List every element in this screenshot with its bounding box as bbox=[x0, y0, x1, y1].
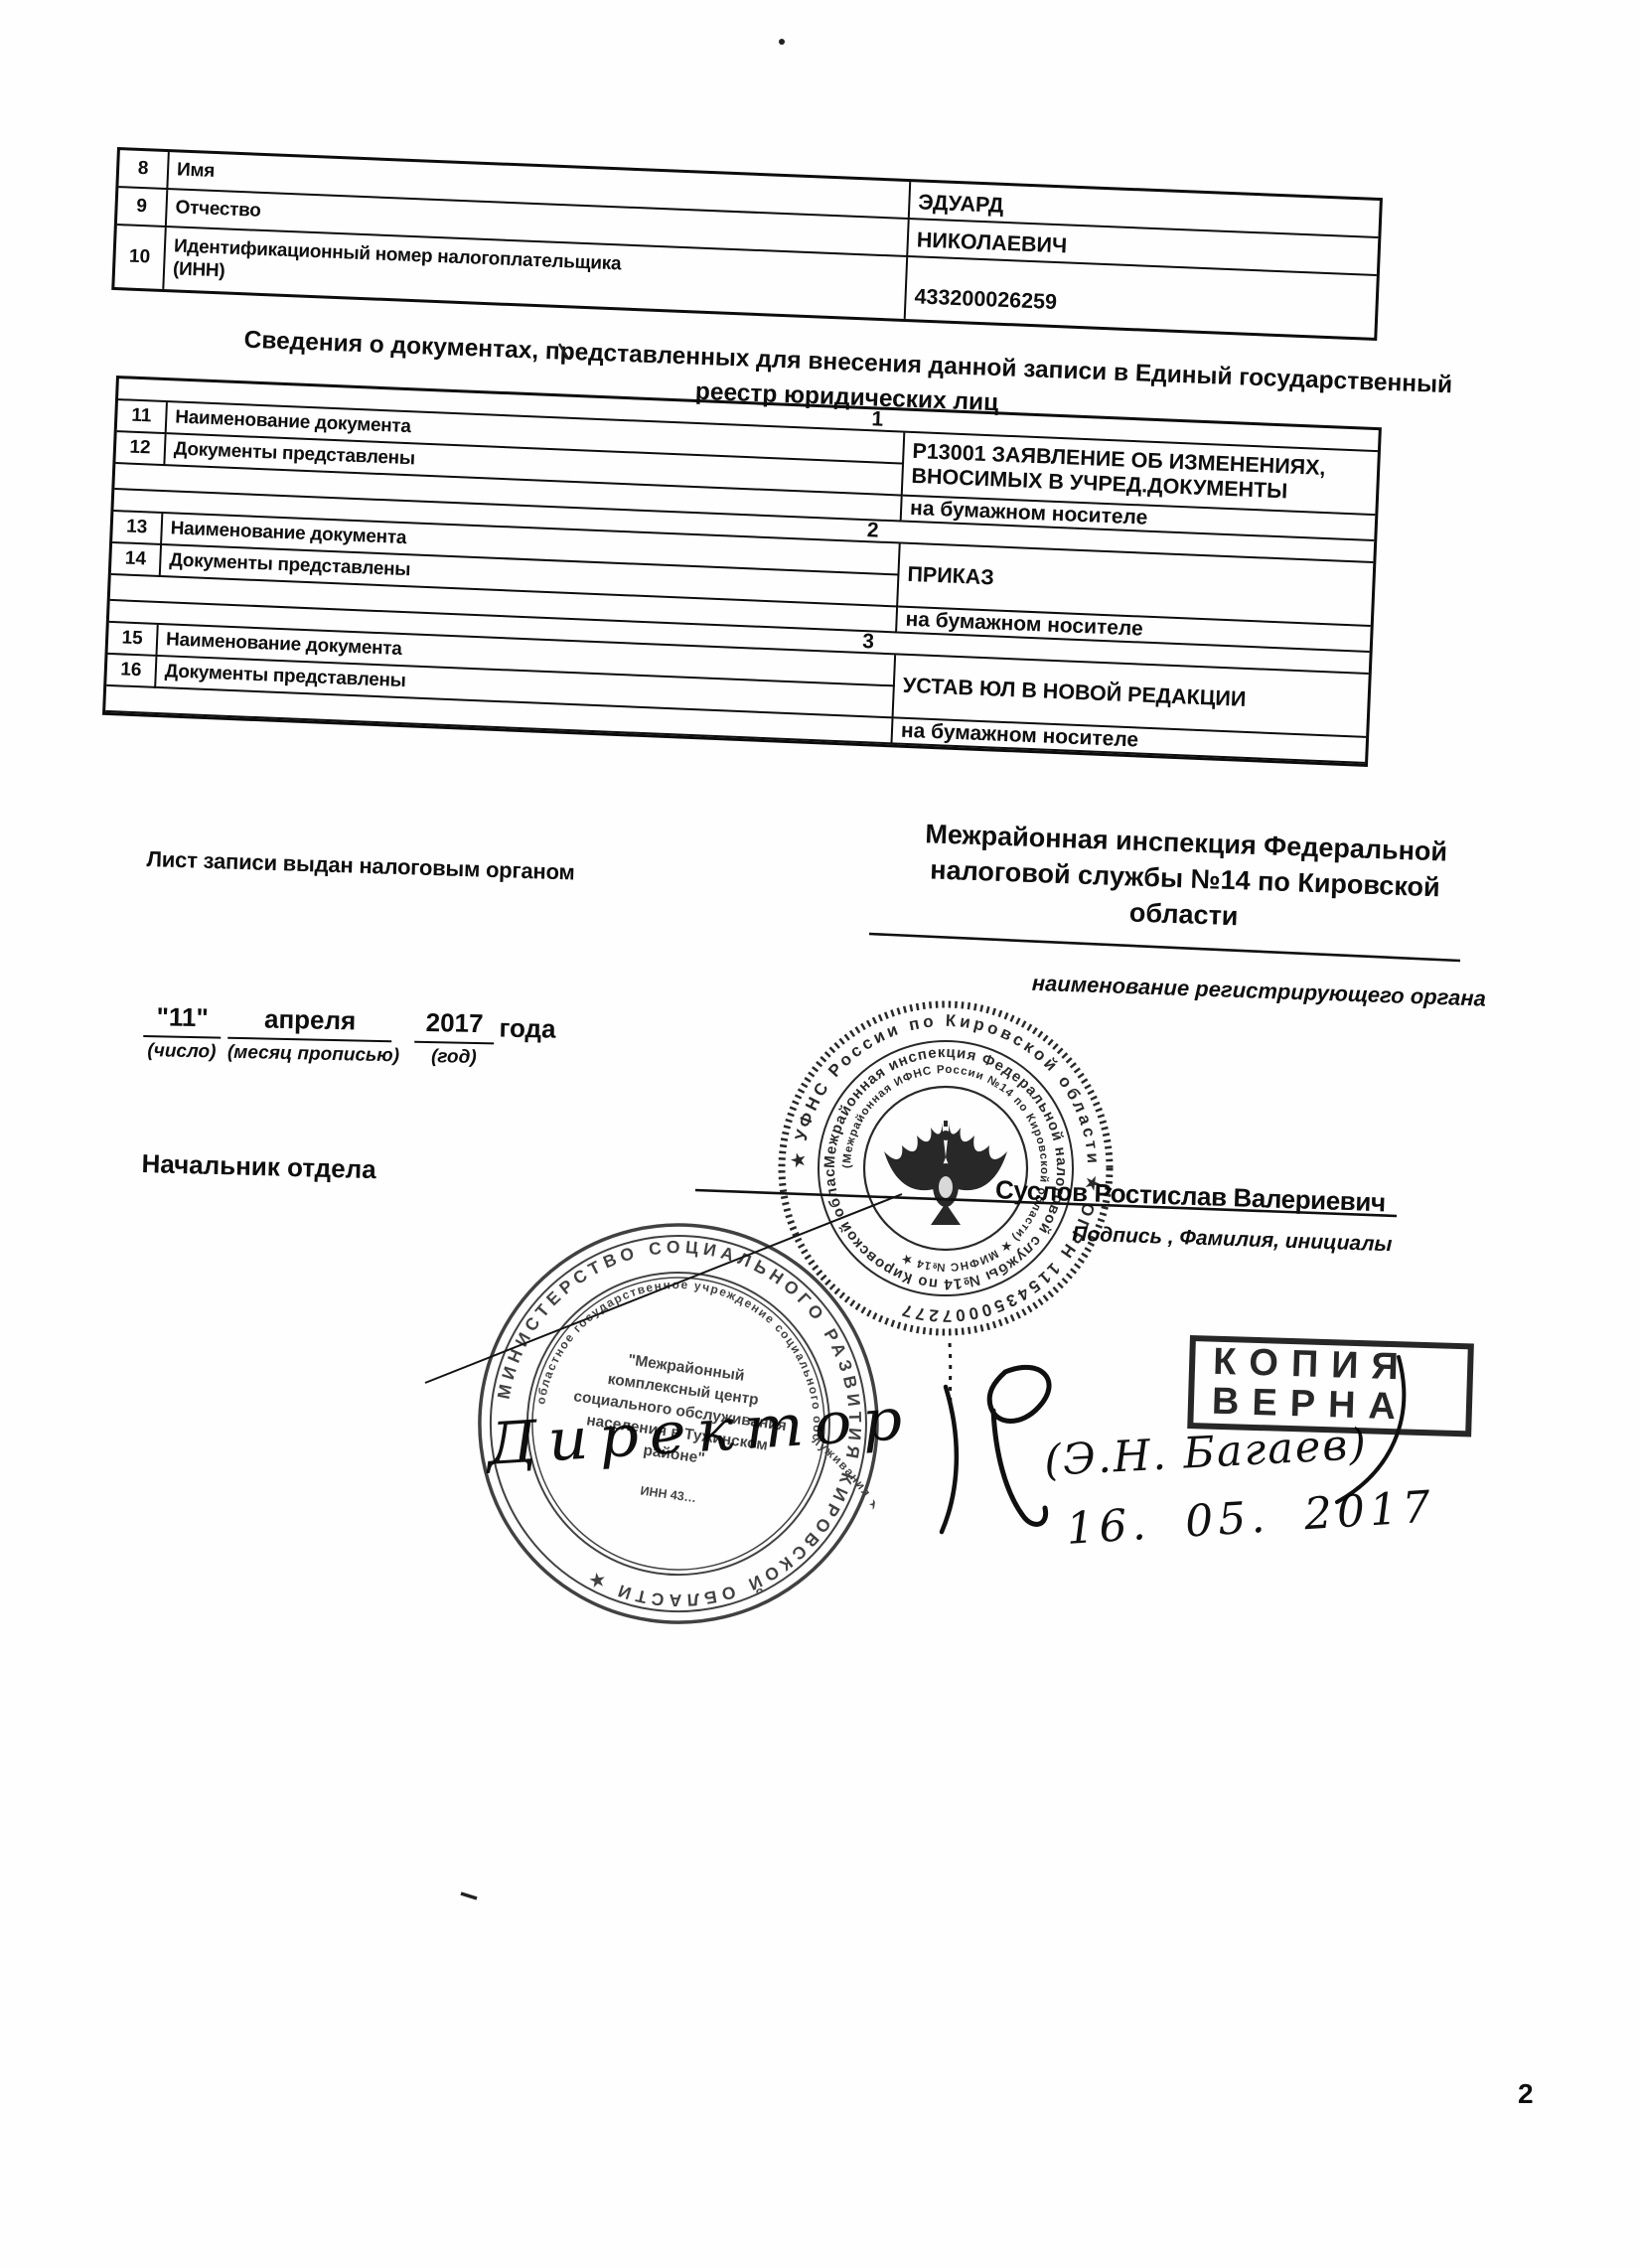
row-number: 16 bbox=[106, 655, 157, 688]
registering-authority-name: Межрайонная инспекция Федеральной налого… bbox=[915, 817, 1454, 942]
person-table: 8 Имя ЭДУАРД 9 Отчество НИКОЛАЕВИЧ 10 Ид… bbox=[111, 147, 1383, 341]
scan-speck bbox=[779, 39, 785, 45]
handwritten-name-initials: (Э.Н. Багаев) bbox=[1043, 1420, 1369, 1486]
page-number: 2 bbox=[1518, 2078, 1534, 2110]
date-month-field: апреля (месяц прописью) bbox=[227, 1003, 392, 1067]
date-year: 2017 bbox=[414, 1007, 495, 1045]
row-number: 14 bbox=[111, 543, 162, 577]
double-headed-eagle-icon bbox=[884, 1121, 1007, 1225]
issue-date-row: "11" (число) апреля (месяц прописью) 201… bbox=[142, 1001, 661, 1102]
scanned-document-page: 8 Имя ЭДУАРД 9 Отчество НИКОЛАЕВИЧ 10 Ид… bbox=[0, 0, 1640, 2268]
row-number: 8 bbox=[118, 150, 169, 188]
org-seal-inn-text: ИНН 43… bbox=[640, 1483, 697, 1505]
scan-dash-mark bbox=[461, 1893, 477, 1898]
date-day-field: "11" (число) bbox=[143, 1001, 222, 1064]
row-number: 13 bbox=[112, 512, 163, 545]
row-number: 15 bbox=[107, 623, 158, 657]
pen-dashed-stroke bbox=[950, 1343, 952, 1417]
official-title: Начальник отдела bbox=[141, 1148, 376, 1185]
handwritten-date: 16. 05. 2017 bbox=[1065, 1481, 1436, 1555]
issued-by-text: Лист записи выдан налоговым органом bbox=[146, 846, 575, 886]
date-month: апреля bbox=[227, 1003, 392, 1042]
date-year-suffix: года bbox=[499, 1012, 556, 1044]
date-day: "11" bbox=[143, 1001, 222, 1039]
row-number: 12 bbox=[115, 432, 166, 466]
row-number: 10 bbox=[114, 226, 166, 289]
date-year-field: 2017 (год) bbox=[414, 1007, 495, 1070]
date-year-caption: (год) bbox=[414, 1046, 494, 1070]
row-number: 11 bbox=[117, 400, 168, 434]
documents-table: 1 11 Наименование документа Р13001 ЗАЯВЛ… bbox=[102, 376, 1382, 767]
row-number: 9 bbox=[117, 188, 168, 226]
date-month-caption: (месяц прописью) bbox=[227, 1042, 391, 1067]
date-day-caption: (число) bbox=[143, 1040, 221, 1064]
